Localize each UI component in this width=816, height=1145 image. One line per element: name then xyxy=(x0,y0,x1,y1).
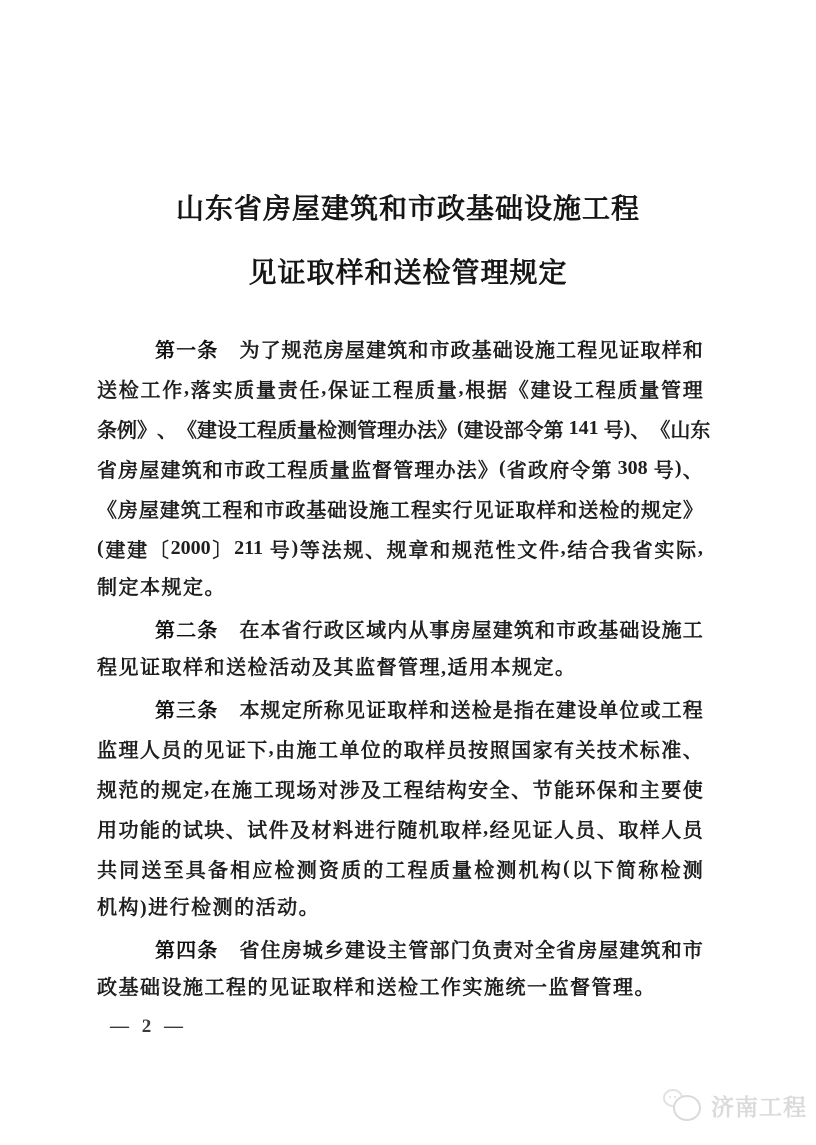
body-line: 机构)进行检测的活动。 xyxy=(97,888,703,928)
speech-bubble-logo-icon xyxy=(660,1086,704,1124)
body-line: 共同送至具备相应检测资质的工程质量检测机构(以下简称检测 xyxy=(97,848,703,888)
page-number: — 2 — xyxy=(110,1016,187,1038)
document-title: 山东省房屋建筑和市政基础设施工程 见证取样和送检管理规定 xyxy=(0,183,816,311)
document-body: 第一条 为了规范房屋建筑和市政基础设施工程见证取样和送检工作,落实质量责任,保证… xyxy=(97,328,703,1008)
body-line: 规范的规定,在施工现场对涉及工程结构安全、节能环保和主要使 xyxy=(97,768,703,808)
document-title-line-2: 见证取样和送检管理规定 xyxy=(0,247,816,300)
body-line: 政基础设施工程的见证取样和送检工作实施统一监督管理。 xyxy=(97,968,703,1008)
watermark-text: 济南工程 xyxy=(711,1089,807,1122)
body-line: 监理人员的见证下,由施工单位的取样员按照国家有关技术标准、 xyxy=(97,728,703,768)
paragraph: 第三条 本规定所称见证取样和送检是指在建设单位或工程监理人员的见证下,由施工单位… xyxy=(97,688,703,928)
document-title-line-1: 山东省房屋建筑和市政基础设施工程 xyxy=(0,183,816,236)
body-line: (建建〔2000〕211 号)等法规、规章和规范性文件,结合我省实际, xyxy=(97,528,703,568)
body-line: 第二条 在本省行政区域内从事房屋建筑和市政基础设施工 xyxy=(97,608,703,648)
body-line: 省房屋建筑和市政工程质量监督管理办法》(省政府令第 308 号)、 xyxy=(97,448,703,488)
paragraph: 第二条 在本省行政区域内从事房屋建筑和市政基础设施工程见证取样和送检活动及其监督… xyxy=(97,608,703,688)
body-line: 第四条 省住房城乡建设主管部门负责对全省房屋建筑和市 xyxy=(97,928,703,968)
paragraph: 第四条 省住房城乡建设主管部门负责对全省房屋建筑和市政基础设施工程的见证取样和送… xyxy=(97,928,703,1008)
document-page: 山东省房屋建筑和市政基础设施工程 见证取样和送检管理规定 第一条 为了规范房屋建… xyxy=(0,0,816,1145)
body-line: 程见证取样和送检活动及其监督管理,适用本规定。 xyxy=(97,648,703,688)
body-line: 条例》、《建设工程质量检测管理办法》(建设部令第 141 号)、《山东 xyxy=(97,408,703,448)
body-line: 《房屋建筑工程和市政基础设施工程实行见证取样和送检的规定》 xyxy=(97,488,703,528)
body-line: 制定本规定。 xyxy=(97,568,703,608)
body-line: 送检工作,落实质量责任,保证工程质量,根据《建设工程质量管理 xyxy=(97,368,703,408)
watermark: 济南工程 xyxy=(660,1086,807,1124)
paragraph: 第一条 为了规范房屋建筑和市政基础设施工程见证取样和送检工作,落实质量责任,保证… xyxy=(97,328,703,608)
body-line: 第一条 为了规范房屋建筑和市政基础设施工程见证取样和 xyxy=(97,328,703,368)
body-line: 用功能的试块、试件及材料进行随机取样,经见证人员、取样人员 xyxy=(97,808,703,848)
body-line: 第三条 本规定所称见证取样和送检是指在建设单位或工程 xyxy=(97,688,703,728)
